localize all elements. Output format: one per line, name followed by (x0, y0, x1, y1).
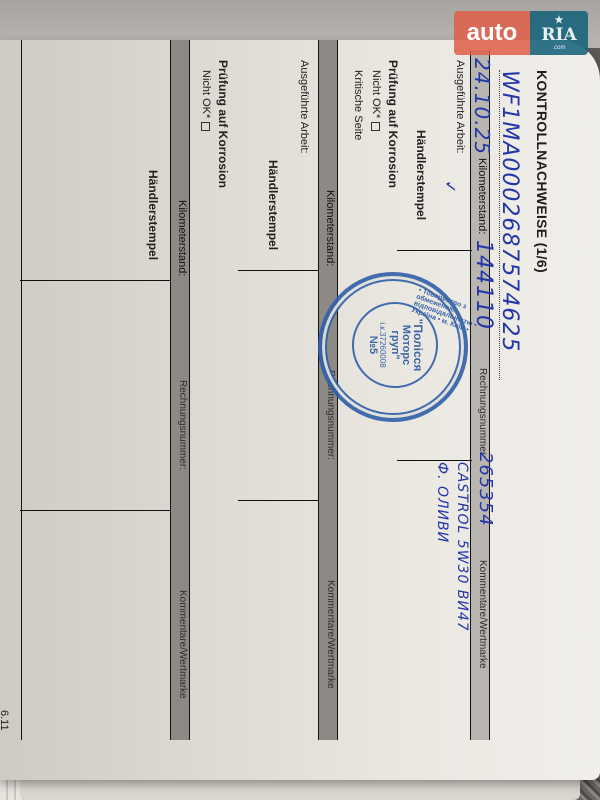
nicht-ok-label: Nicht OK* (200, 70, 212, 131)
dealer-stamp: • Товариство з обмеженою відповідальніст… (318, 272, 468, 422)
kilometerstand-label: Kilometerstand: (476, 158, 488, 234)
divider (397, 250, 472, 251)
divider (397, 460, 472, 461)
nicht-ok-checkbox[interactable] (371, 122, 380, 131)
divider (238, 270, 318, 271)
watermark-ria: ★ RIA .com (530, 11, 588, 55)
stamp-name-line2: Моторс (400, 325, 412, 365)
autoria-watermark: auto ★ RIA .com (454, 11, 588, 55)
kommentare-handwritten-line1: CASTROL 5W30 ВИ47 (454, 462, 470, 632)
date-handwritten: 24.10.25 (470, 58, 494, 155)
seite-label: Kritische Seite (352, 70, 364, 140)
rechnungsnummer-handwritten: 265354 (475, 452, 496, 527)
stamp-number: №5 (366, 336, 378, 354)
form-bottom-border (21, 40, 22, 740)
kilometerstand-label: Kilometerstand: (324, 190, 336, 266)
nicht-ok-checkbox[interactable] (201, 122, 210, 131)
kommentare-label: Kommentare/Wertmarke (477, 560, 488, 669)
kommentare-label: Kommentare/Wertmarke (177, 590, 188, 699)
haendlerstempel-label: Händlerstempel (146, 170, 160, 260)
haendlerstempel-label: Händlerstempel (414, 130, 428, 220)
korrosion-label: Prüfung auf Korrosion (216, 60, 230, 188)
star-icon: ★ (555, 16, 564, 26)
nicht-ok-label: Nicht OK* (370, 70, 382, 131)
haendlerstempel-label: Händlerstempel (266, 160, 280, 250)
rotated-form: KONTROLLNACHWEISE (1/6) WF1MA00026875746… (0, 40, 600, 740)
kommentare-handwritten-line2: Ф. ОЛИВИ (434, 462, 450, 543)
stamp-name-line3: груп" (388, 330, 400, 359)
divider (20, 510, 170, 511)
watermark-auto: auto (454, 11, 530, 55)
rechnungsnummer-label: Rechnungsnummer: (177, 380, 188, 470)
vin-handwritten: WF1MA0002687574625 (497, 70, 522, 352)
divider (20, 280, 170, 281)
check-mark: ✓ (441, 180, 460, 194)
rechnungsnummer-label: Rechnungsnummer: (477, 368, 488, 458)
arbeit-label: Ausgeführte Arbeit: (298, 60, 310, 154)
kommentare-label: Kommentare/Wertmarke (325, 580, 336, 689)
vin-dotted-line (499, 70, 500, 380)
divider (238, 500, 318, 501)
kilometerstand-label: Kilometerstand: (176, 200, 188, 276)
inspection-form: KONTROLLNACHWEISE (1/6) WF1MA00026875746… (0, 40, 600, 740)
stamp-center: "Полісся Моторс груп" і.к.37260008 №5 (352, 302, 438, 388)
form-title: KONTROLLNACHWEISE (1/6) (534, 70, 550, 273)
korrosion-label: Prüfung auf Korrosion (386, 60, 400, 188)
page-number: 6.11 (0, 710, 10, 731)
stamp-name-line1: "Полісся (411, 319, 424, 372)
arbeit-label: Ausgeführte Arbeit: (454, 60, 466, 154)
stamp-code: і.к.37260008 (378, 322, 386, 367)
